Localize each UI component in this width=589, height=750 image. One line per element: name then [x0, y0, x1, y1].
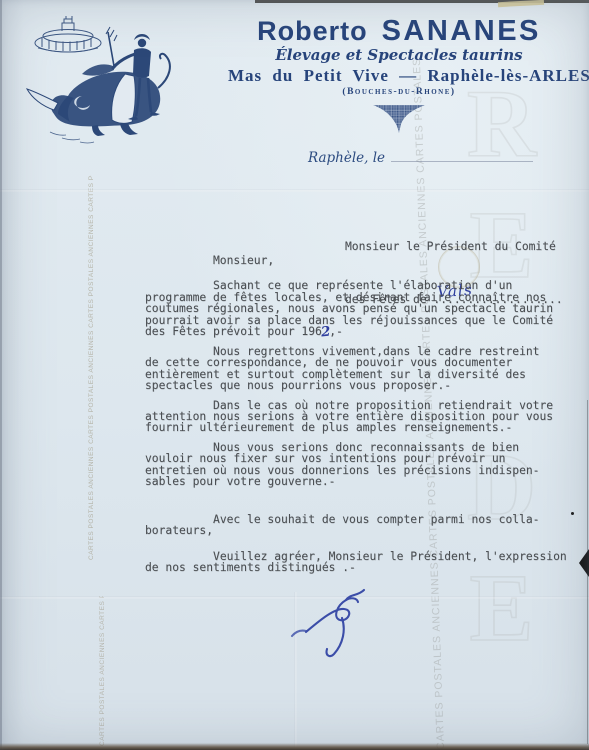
salutation: Monsieur,	[213, 255, 581, 266]
bullfight-scene-icon	[22, 10, 182, 157]
paragraph: Nous vous serions donc reconnaissants de…	[145, 442, 581, 488]
address-line: Mas du Petit Vive — Raphèle-lès-ARLES	[228, 65, 570, 86]
date-label: Raphèle, le	[308, 150, 385, 166]
typed-year-suffix: ,-	[329, 325, 343, 338]
paper-corner-sliver	[498, 0, 544, 7]
typed-year-prefix: des Fêtes prévoit pour 196	[145, 325, 322, 338]
typed-line: de nos sentiments distingués .-	[145, 562, 581, 573]
typed-line: sables pour votre gouverne.-	[145, 476, 581, 487]
typed-line: fournir ultérieurement de plus amples re…	[145, 422, 581, 433]
letter-body: Monsieur, Sachant ce que représente l'él…	[145, 255, 581, 574]
date-blank-line	[391, 149, 533, 162]
brand-name: RobertoSANANES	[228, 16, 570, 46]
brand-first-name: Roberto	[257, 16, 368, 46]
crosshatch-triangle-icon	[228, 104, 570, 139]
photo-left-edge	[0, 0, 2, 750]
paragraph: Dans le cas où notre proposition retiend…	[145, 400, 581, 434]
recipient-line1: Monsieur le Président du Comité	[345, 238, 563, 256]
tagline: Élevage et Spectacles taurins	[228, 46, 570, 65]
paragraphs-container: Sachant ce que représente l'élaboration …	[145, 280, 581, 573]
department-line: (Bouches-du-Rhone)	[228, 86, 570, 99]
typed-line: borateurs,	[145, 525, 581, 536]
paragraph: Sachant ce que représente l'élaboration …	[145, 280, 581, 337]
scanned-letter-page: CARTES POSTALES ANCIENNES CARTES POSTALE…	[0, 0, 589, 750]
paragraph: Avec le souhait de vous compter parmi no…	[145, 514, 581, 537]
paragraph: Nous regrettons vivement,dans le cadre r…	[145, 346, 581, 392]
paragraph: Veuillez agréer, Monsieur le Président, …	[145, 551, 581, 574]
date-row: Raphèle, le	[308, 149, 533, 166]
brand-last-name: SANANES	[382, 15, 541, 47]
watermark-text-left: CARTES POSTALES ANCIENNES CARTES POSTALE…	[88, 175, 101, 560]
handwritten-signature-icon	[286, 584, 406, 673]
photo-bottom-edge	[0, 743, 589, 750]
ink-speck	[571, 512, 574, 515]
photo-corner-wedge	[579, 549, 589, 577]
typed-line: de cette correspondance, de ne pouvoir v…	[145, 357, 581, 368]
watermark-text-bottom-left: CARTES POSTALES ANCIENNES CARTES POSTALE…	[99, 596, 111, 746]
letterhead: RobertoSANANES Élevage et Spectacles tau…	[228, 16, 570, 139]
fold-crease-top	[0, 189, 589, 192]
typed-line-with-handwritten-year: des Fêtes prévoit pour 1962,-	[145, 326, 581, 337]
handwritten-year-digit: 2	[320, 327, 331, 339]
typed-line: spectacles que nous pourrions vous propo…	[145, 380, 581, 391]
